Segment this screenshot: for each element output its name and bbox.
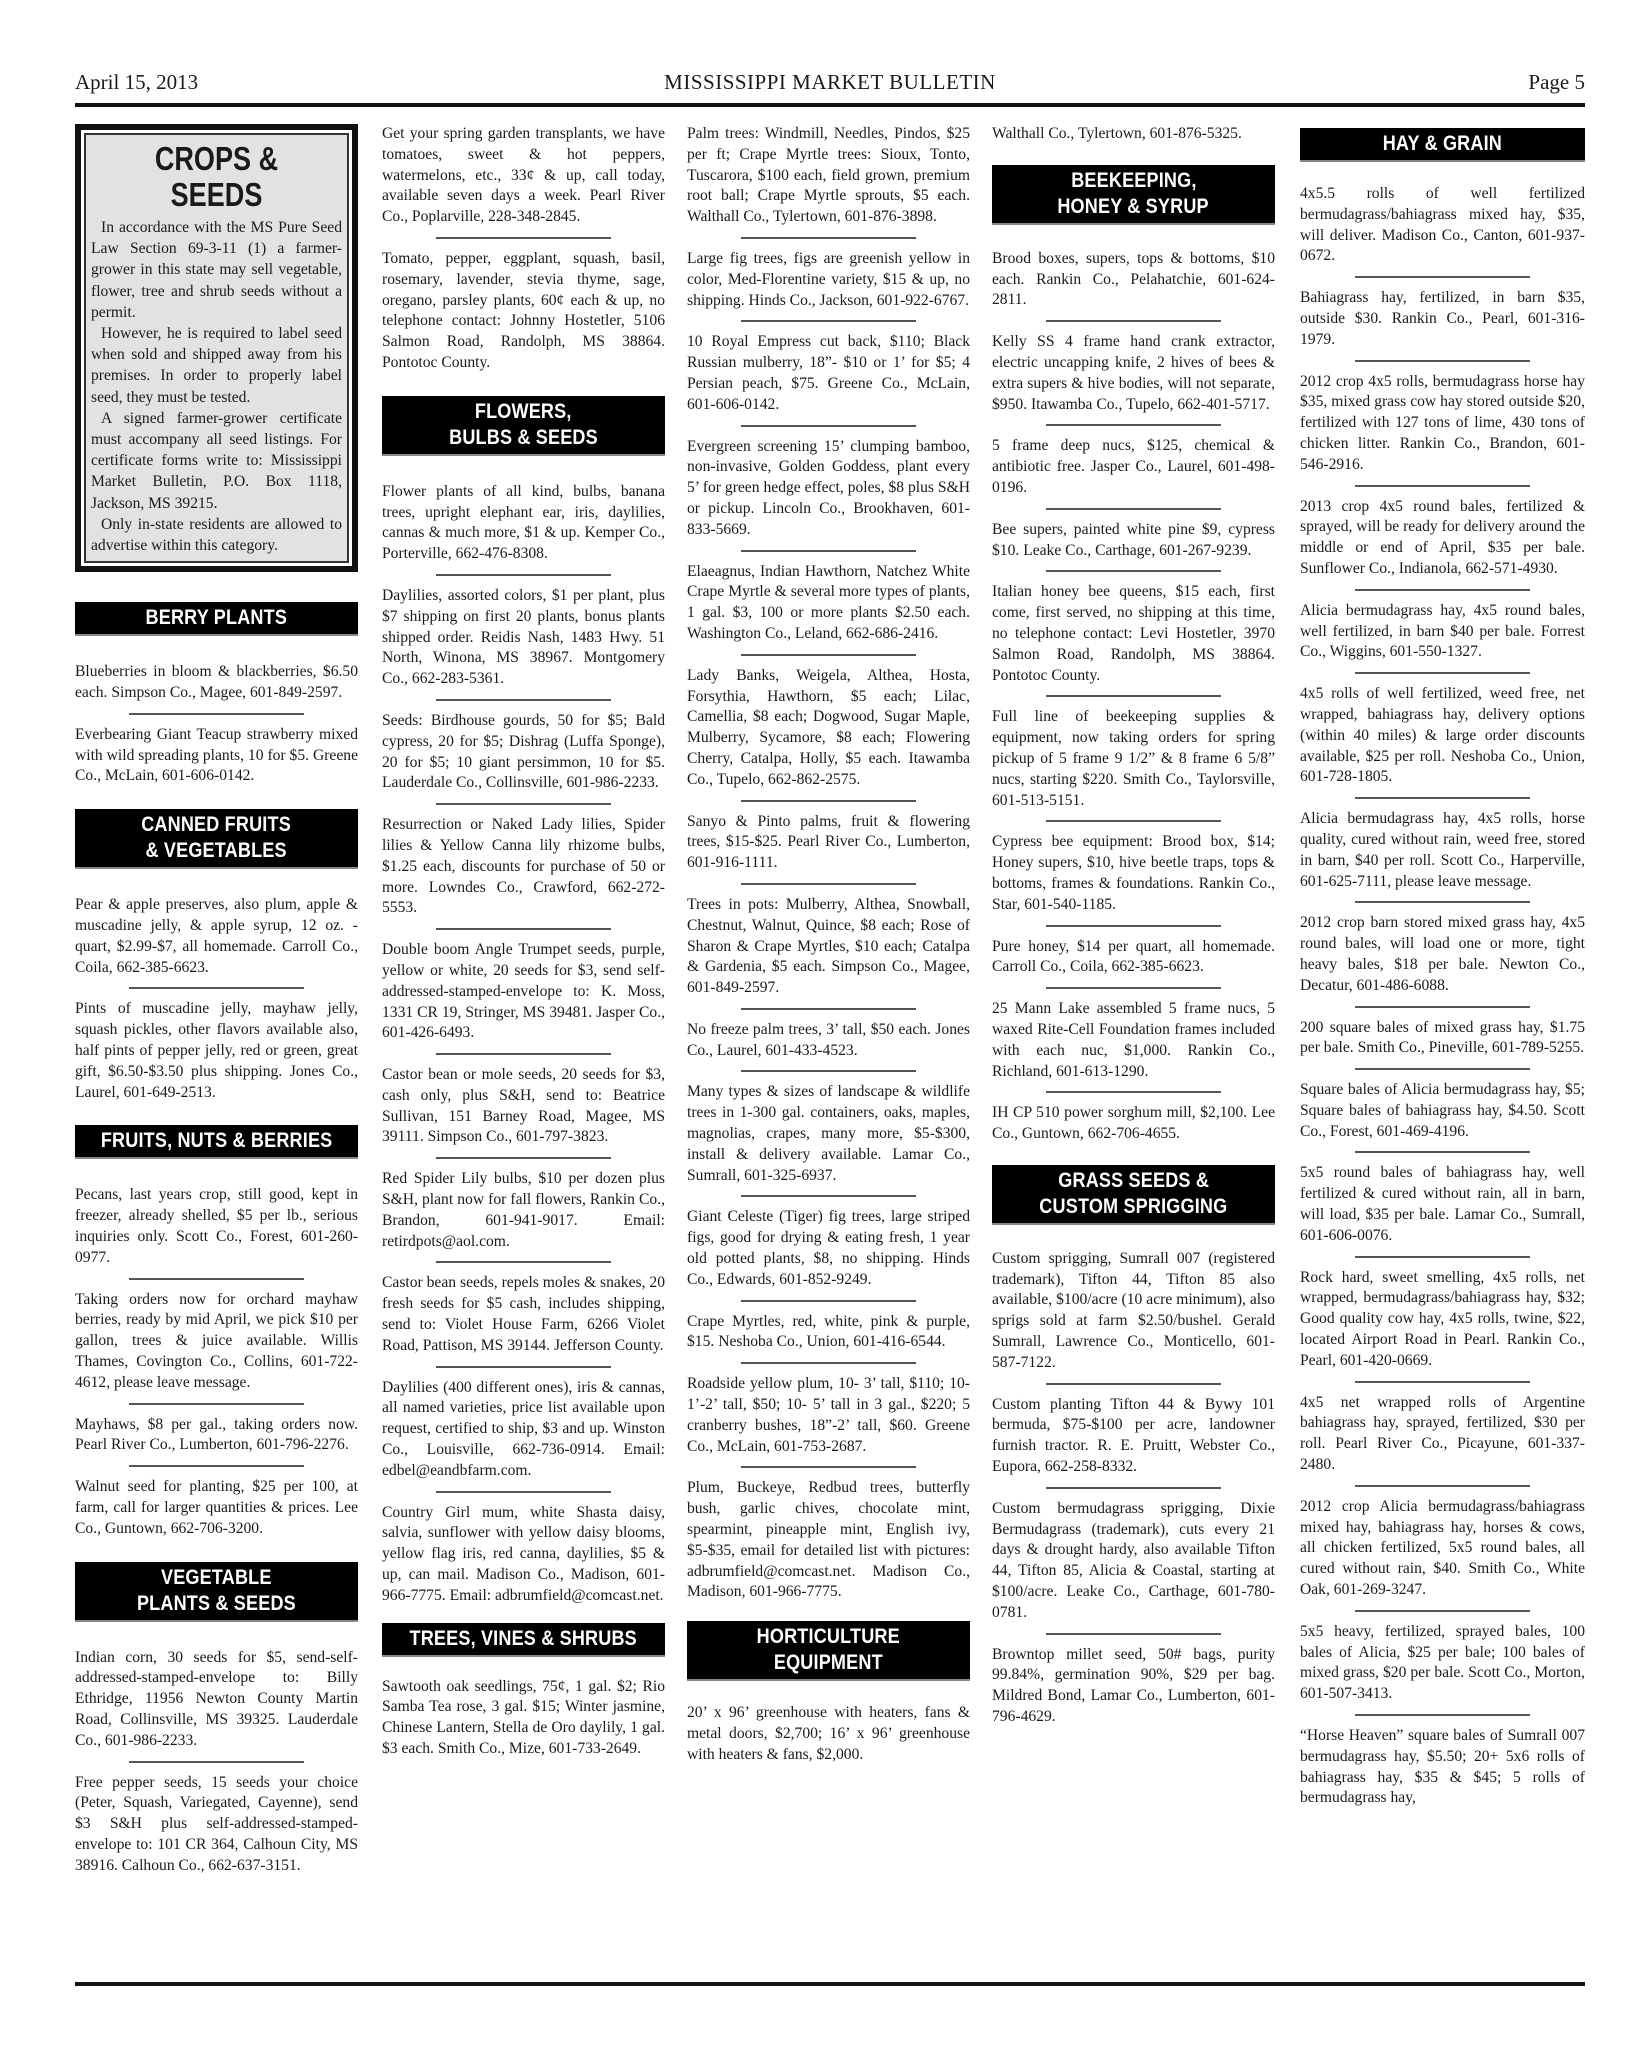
classified-ad: Pints of muscadine jelly, mayhaw jelly, … — [75, 999, 358, 1103]
classified-ad: Large fig trees, figs are greenish yello… — [687, 249, 970, 311]
ad-separator — [1355, 901, 1530, 903]
ad-separator — [436, 928, 611, 930]
ad-separator — [436, 237, 611, 239]
classified-ad: Evergreen screening 15’ clumping bamboo,… — [687, 437, 970, 541]
classified-ad: Bee supers, painted white pine $9, cypre… — [992, 520, 1275, 562]
ad-separator — [436, 1366, 611, 1368]
classified-ad: 25 Mann Lake assembled 5 frame nucs, 5 w… — [992, 999, 1275, 1082]
classified-ad: 2013 crop 4x5 round bales, fertilized & … — [1300, 497, 1585, 580]
ad-separator — [1355, 1714, 1530, 1716]
classified-ad: Walnut seed for planting, $25 per 100, a… — [75, 1477, 358, 1539]
ad-separator — [1046, 1633, 1221, 1635]
ad-separator — [1046, 320, 1221, 322]
classified-ad: 5 frame deep nucs, $125, chemical & anti… — [992, 436, 1275, 498]
ad-separator — [436, 1053, 611, 1055]
ad-separator — [436, 574, 611, 576]
ad-separator — [1355, 797, 1530, 799]
bottom-rule — [75, 1982, 1585, 1986]
classified-ad: IH CP 510 power sorghum mill, $2,100. Le… — [992, 1103, 1275, 1145]
ad-separator — [1355, 1006, 1530, 1008]
classified-ad: 20’ x 96’ greenhouse with heaters, fans … — [687, 1703, 970, 1765]
ad-separator — [436, 803, 611, 805]
ad-separator — [1355, 1151, 1530, 1153]
crops-seeds-notice: CROPS & SEEDS In accordance with the MS … — [75, 124, 358, 572]
classified-ad: Giant Celeste (Tiger) fig trees, large s… — [687, 1207, 970, 1290]
classified-ad: Kelly SS 4 frame hand crank extractor, e… — [992, 332, 1275, 415]
ad-separator — [436, 699, 611, 701]
classified-ad: 10 Royal Empress cut back, $110; Black R… — [687, 332, 970, 415]
classified-ad: Sanyo & Pinto palms, fruit & flowering t… — [687, 812, 970, 874]
ad-separator — [1046, 424, 1221, 426]
ad-separator — [1355, 1381, 1530, 1383]
classified-ad: Crape Myrtles, red, white, pink & purple… — [687, 1312, 970, 1354]
section-header-fruits: FRUITS, NUTS & BERRIES — [75, 1125, 358, 1159]
classified-ad: 2012 crop barn stored mixed grass hay, 4… — [1300, 913, 1585, 996]
classified-ad: Seeds: Birdhouse gourds, 50 for $5; Bald… — [382, 711, 665, 794]
classified-ad: Alicia bermudagrass hay, 4x5 rolls, hors… — [1300, 809, 1585, 892]
classified-ad: Lady Banks, Weigela, Althea, Hosta, Fors… — [687, 666, 970, 791]
ad-separator — [741, 425, 916, 427]
ad-separator — [741, 1362, 916, 1364]
classified-ad: Trees in pots: Mulberry, Althea, Snowbal… — [687, 895, 970, 999]
column-5: HAY & GRAIN 4x5.5 rolls of well fertiliz… — [1300, 124, 1585, 1809]
classified-ad: Daylilies (400 different ones), iris & c… — [382, 1378, 665, 1482]
ad-separator — [1355, 360, 1530, 362]
classified-ad: Plum, Buckeye, Redbud trees, butterfly b… — [687, 1478, 970, 1603]
ad-separator — [741, 800, 916, 802]
ad-separator — [741, 1070, 916, 1072]
ad-separator — [1046, 508, 1221, 510]
section-header-flowers: FLOWERS,BULBS & SEEDS — [382, 396, 665, 456]
ad-separator — [741, 237, 916, 239]
ad-separator — [741, 654, 916, 656]
classified-ad: Pear & apple preserves, also plum, apple… — [75, 895, 358, 978]
page-number: Page 5 — [1528, 70, 1585, 95]
column-2: Get your spring garden transplants, we h… — [382, 124, 665, 1760]
classified-ad: Brood boxes, supers, tops & bottoms, $10… — [992, 249, 1275, 311]
ad-separator — [1355, 672, 1530, 674]
ad-separator — [1355, 1485, 1530, 1487]
classified-ad: Blueberries in bloom & blackberries, $6.… — [75, 662, 358, 704]
classified-ad: Indian corn, 30 seeds for $5, send-self-… — [75, 1648, 358, 1752]
section-header-trees: TREES, VINES & SHRUBS — [382, 1623, 665, 1657]
classified-ad: Rock hard, sweet smelling, 4x5 rolls, ne… — [1300, 1268, 1585, 1372]
classified-ad: Full line of beekeeping supplies & equip… — [992, 707, 1275, 811]
classified-ad: Castor bean or mole seeds, 20 seeds for … — [382, 1065, 665, 1148]
classified-ad: Red Spider Lily bulbs, $10 per dozen plu… — [382, 1169, 665, 1252]
ad-separator — [129, 1278, 304, 1280]
classified-ad: Daylilies, assorted colors, $1 per plant… — [382, 586, 665, 690]
column-3: Palm trees: Windmill, Needles, Pindos, $… — [687, 124, 970, 1766]
publication-title: MISSISSIPPI MARKET BULLETIN — [75, 70, 1585, 95]
classified-ad: 4x5 net wrapped rolls of Argentine bahia… — [1300, 1393, 1585, 1476]
ad-separator — [1355, 1068, 1530, 1070]
ad-separator — [129, 1761, 304, 1763]
ad-separator — [741, 1008, 916, 1010]
ad-separator — [741, 1195, 916, 1197]
ad-separator — [1046, 925, 1221, 927]
classified-ad: Taking orders now for orchard mayhaw ber… — [75, 1290, 358, 1394]
classified-ad: 200 square bales of mixed grass hay, $1.… — [1300, 1018, 1585, 1060]
classified-ad: “Horse Heaven” square bales of Sumrall 0… — [1300, 1726, 1585, 1809]
notice-text: In accordance with the MS Pure Seed Law … — [91, 217, 342, 556]
ad-separator — [129, 1403, 304, 1405]
classified-ad: Italian honey bee queens, $15 each, firs… — [992, 582, 1275, 686]
ad-separator — [1355, 1610, 1530, 1612]
classified-ad: Resurrection or Naked Lady lilies, Spide… — [382, 815, 665, 919]
classified-ad: Cypress bee equipment: Brood box, $14; H… — [992, 832, 1275, 915]
ad-separator — [741, 883, 916, 885]
section-header-canned: CANNED FRUITS& VEGETABLES — [75, 809, 358, 869]
ad-separator — [436, 1157, 611, 1159]
classified-ad: Elaeagnus, Indian Hawthorn, Natchez Whit… — [687, 562, 970, 645]
classified-ad: Free pepper seeds, 15 seeds your choice … — [75, 1773, 358, 1877]
classified-ad: Alicia bermudagrass hay, 4x5 round bales… — [1300, 601, 1585, 663]
classified-ad: 2012 crop 4x5 rolls, bermudagrass horse … — [1300, 372, 1585, 476]
classified-ad: Square bales of Alicia bermudagrass hay,… — [1300, 1080, 1585, 1142]
classified-ad: Country Girl mum, white Shasta daisy, sa… — [382, 1503, 665, 1607]
classified-ad: Mayhaws, $8 per gal., taking orders now.… — [75, 1415, 358, 1457]
notice-title: CROPS & SEEDS — [91, 141, 342, 213]
masthead: April 15, 2013 MISSISSIPPI MARKET BULLET… — [75, 70, 1585, 100]
section-header-berry-plants: BERRY PLANTS — [75, 602, 358, 636]
classified-ad: Custom bermudagrass sprigging, Dixie Ber… — [992, 1499, 1275, 1624]
ad-separator — [1046, 1091, 1221, 1093]
classified-ad: Many types & sizes of landscape & wildli… — [687, 1082, 970, 1186]
column-4: Walthall Co., Tylertown, 601-876-5325. B… — [992, 124, 1275, 1728]
classified-ad: Sawtooth oak seedlings, 75¢, 1 gal. $2; … — [382, 1677, 665, 1760]
ad-separator — [436, 1261, 611, 1263]
classified-ad: Everbearing Giant Teacup strawberry mixe… — [75, 725, 358, 787]
ad-separator — [1046, 987, 1221, 989]
classified-ad-continued: Walthall Co., Tylertown, 601-876-5325. — [992, 124, 1275, 145]
ad-separator — [1355, 485, 1530, 487]
classified-ad: No freeze palm trees, 3’ tall, $50 each.… — [687, 1020, 970, 1062]
classified-ad: Browntop millet seed, 50# bags, purity 9… — [992, 1645, 1275, 1728]
classified-ad: Pure honey, $14 per quart, all homemade.… — [992, 937, 1275, 979]
ad-separator — [436, 1491, 611, 1493]
section-header-vegetable: VEGETABLEPLANTS & SEEDS — [75, 1562, 358, 1622]
section-header-horticulture: HORTICULTUREEQUIPMENT — [687, 1621, 970, 1681]
section-header-hay: HAY & GRAIN — [1300, 128, 1585, 162]
ad-separator — [1046, 1487, 1221, 1489]
classified-ad: Palm trees: Windmill, Needles, Pindos, $… — [687, 124, 970, 228]
ad-separator — [741, 320, 916, 322]
ad-separator — [1355, 1256, 1530, 1258]
ad-separator — [1046, 570, 1221, 572]
classified-ad: Castor bean seeds, repels moles & snakes… — [382, 1273, 665, 1356]
classified-ad: Tomato, pepper, eggplant, squash, basil,… — [382, 249, 665, 374]
ad-separator — [1355, 589, 1530, 591]
classified-ad: 4x5 rolls of well fertilized, weed free,… — [1300, 684, 1585, 788]
ad-separator — [1355, 276, 1530, 278]
classified-ad: Bahiagrass hay, fertilized, in barn $35,… — [1300, 288, 1585, 350]
section-header-beekeeping: BEEKEEPING,HONEY & SYRUP — [992, 165, 1275, 225]
classified-ad: Custom planting Tifton 44 & Bywy 101 ber… — [992, 1395, 1275, 1478]
classified-ad: Flower plants of all kind, bulbs, banana… — [382, 482, 665, 565]
ad-separator — [1046, 1383, 1221, 1385]
classified-ad: Get your spring garden transplants, we h… — [382, 124, 665, 228]
classified-ad: 5x5 heavy, fertilized, sprayed bales, 10… — [1300, 1622, 1585, 1705]
ad-separator — [1046, 695, 1221, 697]
classified-ad: Pecans, last years crop, still good, kep… — [75, 1185, 358, 1268]
ad-separator — [129, 1465, 304, 1467]
ad-separator — [1046, 820, 1221, 822]
ad-separator — [129, 713, 304, 715]
classified-ad: Double boom Angle Trumpet seeds, purple,… — [382, 940, 665, 1044]
classified-ad: 4x5.5 rolls of well fertilized bermudagr… — [1300, 184, 1585, 267]
ad-separator — [741, 1300, 916, 1302]
ad-separator — [741, 550, 916, 552]
section-header-grass: GRASS SEEDS &CUSTOM SPRIGGING — [992, 1165, 1275, 1225]
column-1: CROPS & SEEDS In accordance with the MS … — [75, 124, 358, 1877]
ad-separator — [129, 987, 304, 989]
classified-ad: Roadside yellow plum, 10- 3’ tall, $110;… — [687, 1374, 970, 1457]
ad-separator — [741, 1466, 916, 1468]
classified-ad: 2012 crop Alicia bermudagrass/bahiagrass… — [1300, 1497, 1585, 1601]
top-rule — [75, 103, 1585, 107]
classified-ad: Custom sprigging, Sumrall 007 (registere… — [992, 1249, 1275, 1374]
classified-ad: 5x5 round bales of bahiagrass hay, well … — [1300, 1163, 1585, 1246]
